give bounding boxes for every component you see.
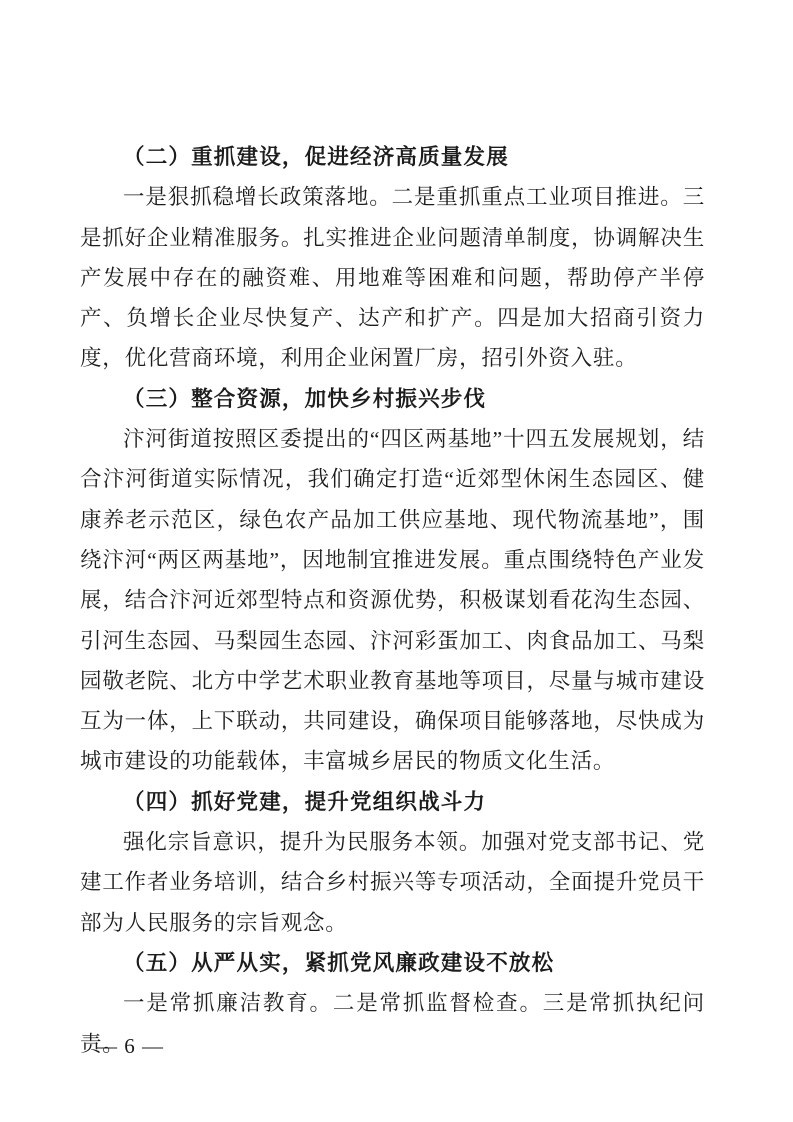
body-paragraph: 汴河街道按照区委提出的“四区两基地”十四五发展规划，结合汴河街道实际情况，我们确… xyxy=(80,419,705,782)
section-heading: （二）重抓建设，促进经济高质量发展 xyxy=(80,137,705,177)
document-page: （二）重抓建设，促进经济高质量发展一是狠抓稳增长政策落地。二是重抓重点工业项目推… xyxy=(0,0,793,1122)
body-paragraph: 一是狠抓稳增长政策落地。二是重抓重点工业项目推进。三是抓好企业精准服务。扎实推进… xyxy=(80,177,705,378)
body-paragraph: 一是常抓廉洁教育。二是常抓监督检查。三是常抓执纪问责。 xyxy=(80,983,705,1064)
page-number: — 6 — xyxy=(96,1034,164,1059)
section-heading: （五）从严从实，紧抓党风廉政建设不放松 xyxy=(80,943,705,983)
document-body: （二）重抓建设，促进经济高质量发展一是狠抓稳增长政策落地。二是重抓重点工业项目推… xyxy=(80,137,705,1064)
section-heading: （四）抓好党建，提升党组织战斗力 xyxy=(80,782,705,822)
body-paragraph: 强化宗旨意识，提升为民服务本领。加强对党支部书记、党建工作者业务培训，结合乡村振… xyxy=(80,822,705,943)
section-heading: （三）整合资源，加快乡村振兴步伐 xyxy=(80,379,705,419)
